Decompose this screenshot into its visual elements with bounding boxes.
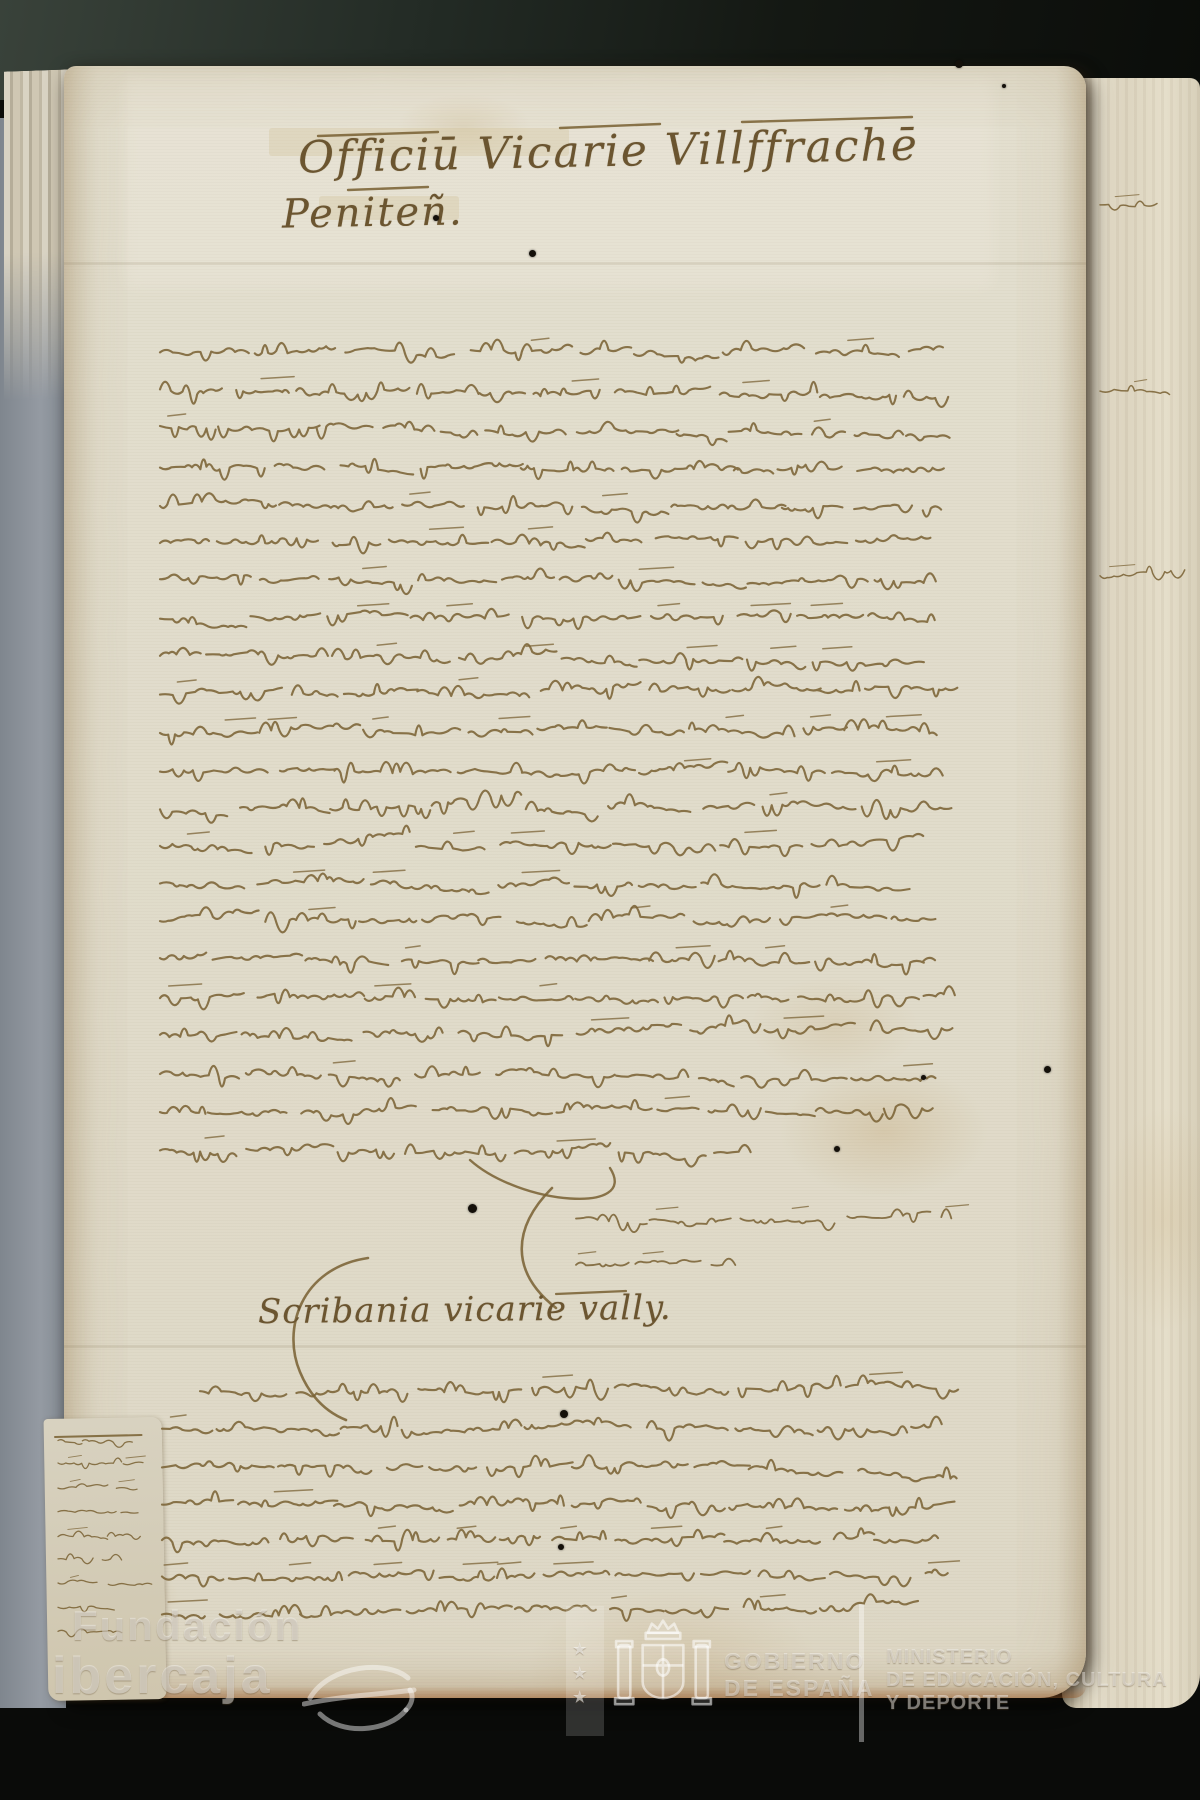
script-line [160, 340, 943, 363]
abbreviation-mark [665, 1096, 689, 1098]
script-line [58, 1458, 143, 1468]
ministerio-line2: DE EDUCACIÓN, CULTURA [886, 1669, 1168, 1692]
star-icon: ★ [573, 1640, 586, 1658]
abbreviation-mark [770, 793, 787, 795]
script-line [160, 569, 936, 594]
abbreviation-mark [171, 1415, 187, 1417]
abbreviation-mark [261, 377, 769, 383]
ink-dot [921, 1075, 926, 1080]
script-line [162, 1491, 955, 1518]
abbreviation-mark [1110, 565, 1135, 567]
script-line [1100, 201, 1157, 210]
abbreviation-mark [578, 1252, 663, 1254]
ink-dot [1044, 1066, 1051, 1073]
script-line [160, 719, 937, 744]
abbreviation-mark [164, 1561, 959, 1565]
script-line [160, 951, 935, 975]
script-line [162, 1528, 938, 1552]
abbreviation-mark [333, 1061, 932, 1066]
abbreviation-mark [406, 946, 785, 948]
script-line [160, 986, 955, 1009]
abbreviation-mark [363, 567, 674, 570]
script-line [160, 791, 951, 823]
ibercaja-watermark-line1: Fundación [72, 1602, 302, 1650]
rubric-section2-heading: Scribania vicarie vally. [258, 1288, 672, 1332]
abbreviation-mark [225, 715, 921, 720]
script-line [160, 493, 941, 522]
gobierno-label: GOBIERNO DE ESPAÑA [724, 1648, 875, 1702]
abbreviation-mark [531, 338, 873, 340]
ibercaja-watermark-line2: ibercaja [52, 1646, 273, 1706]
script-line [160, 422, 950, 445]
script-line [160, 762, 943, 784]
strikethrough-line [55, 1435, 142, 1437]
abbreviation-mark [168, 414, 830, 421]
abbreviation-mark [68, 1455, 145, 1458]
abbreviation-mark [205, 1136, 595, 1141]
script-line [160, 1143, 751, 1166]
ministerio-label: MINISTERIO DE EDUCACIÓN, CULTURA Y DEPOR… [886, 1646, 1168, 1715]
script-line [162, 1417, 942, 1441]
abbreviation-mark [430, 527, 553, 529]
script-line [160, 382, 948, 407]
abbreviation-mark [543, 1372, 902, 1377]
abbreviation-mark [656, 1205, 968, 1210]
ink-dot [529, 250, 536, 257]
abbreviation-mark [68, 1527, 88, 1529]
abbreviation-mark [1115, 195, 1139, 197]
gobierno-line1: GOBIERNO [724, 1648, 875, 1675]
abbreviation-mark [70, 1575, 78, 1577]
abbreviation-mark [70, 1479, 134, 1481]
abbreviation-mark [274, 1490, 312, 1492]
abbreviation-mark [1135, 380, 1147, 382]
script-line [162, 1568, 948, 1586]
rubric-heading-2: Peniteñ. [282, 188, 464, 237]
script-line [162, 1455, 957, 1481]
script-line [58, 1531, 140, 1539]
handwriting-layer [0, 0, 1200, 1800]
script-line [58, 1440, 132, 1448]
script-line [1100, 566, 1185, 579]
script-line [160, 677, 957, 704]
manuscript-photo: Officiū Vicarie Villffrachē Peniteñ. Scr… [0, 0, 1200, 1800]
script-line [58, 1484, 137, 1490]
script-line [160, 1015, 952, 1046]
abbreviation-mark [377, 643, 852, 649]
script-line [200, 1375, 958, 1402]
abbreviation-mark [410, 492, 627, 496]
script-line [1100, 386, 1170, 395]
script-line [160, 826, 923, 856]
ibercaja-swirl-icon [302, 1656, 417, 1736]
abbreviation-mark [309, 905, 848, 909]
script-line [160, 644, 924, 671]
script-line [58, 1580, 152, 1585]
script-line [160, 1066, 935, 1088]
ink-dot [1002, 84, 1006, 88]
script-line [576, 1209, 951, 1232]
script-line [160, 906, 935, 932]
ink-dot [558, 1544, 564, 1550]
script-line [576, 1259, 735, 1267]
gobierno-line2: DE ESPAÑA [724, 1675, 875, 1702]
script-line [160, 1098, 933, 1124]
abbreviation-mark [169, 984, 557, 986]
script-line [160, 533, 930, 554]
government-watermark: ★ ★ ★ GOBIERNO DE ESPAÑA MINIST [566, 1602, 1176, 1748]
ink-dot [560, 1410, 568, 1418]
abbreviation-mark [294, 870, 560, 872]
watermark-divider [859, 1604, 864, 1742]
script-line [160, 874, 910, 898]
script-line [58, 1510, 138, 1513]
coat-of-arms-icon [612, 1614, 714, 1722]
ink-dot [834, 1146, 840, 1152]
script-line [160, 609, 935, 629]
ibercaja-watermark: Fundación ibercaja [50, 1596, 480, 1756]
star-icon: ★ [573, 1688, 586, 1706]
ink-dot [468, 1204, 477, 1213]
flourish-parenthesis [293, 1258, 368, 1420]
star-icon: ★ [573, 1664, 586, 1682]
flourish-loop [470, 1160, 615, 1199]
ministerio-line1: MINISTERIO [886, 1646, 1168, 1669]
abbreviation-mark [177, 678, 477, 682]
ministerio-line3: Y DEPORTE [886, 1692, 1168, 1715]
ink-dot [955, 60, 963, 68]
abbreviation-mark [188, 830, 777, 834]
script-line [58, 1554, 122, 1564]
ink-dot [433, 215, 439, 221]
abbreviation-mark [592, 1016, 824, 1020]
abbreviation-mark [358, 603, 843, 605]
abbreviation-mark [379, 1526, 782, 1528]
script-line [160, 459, 944, 480]
